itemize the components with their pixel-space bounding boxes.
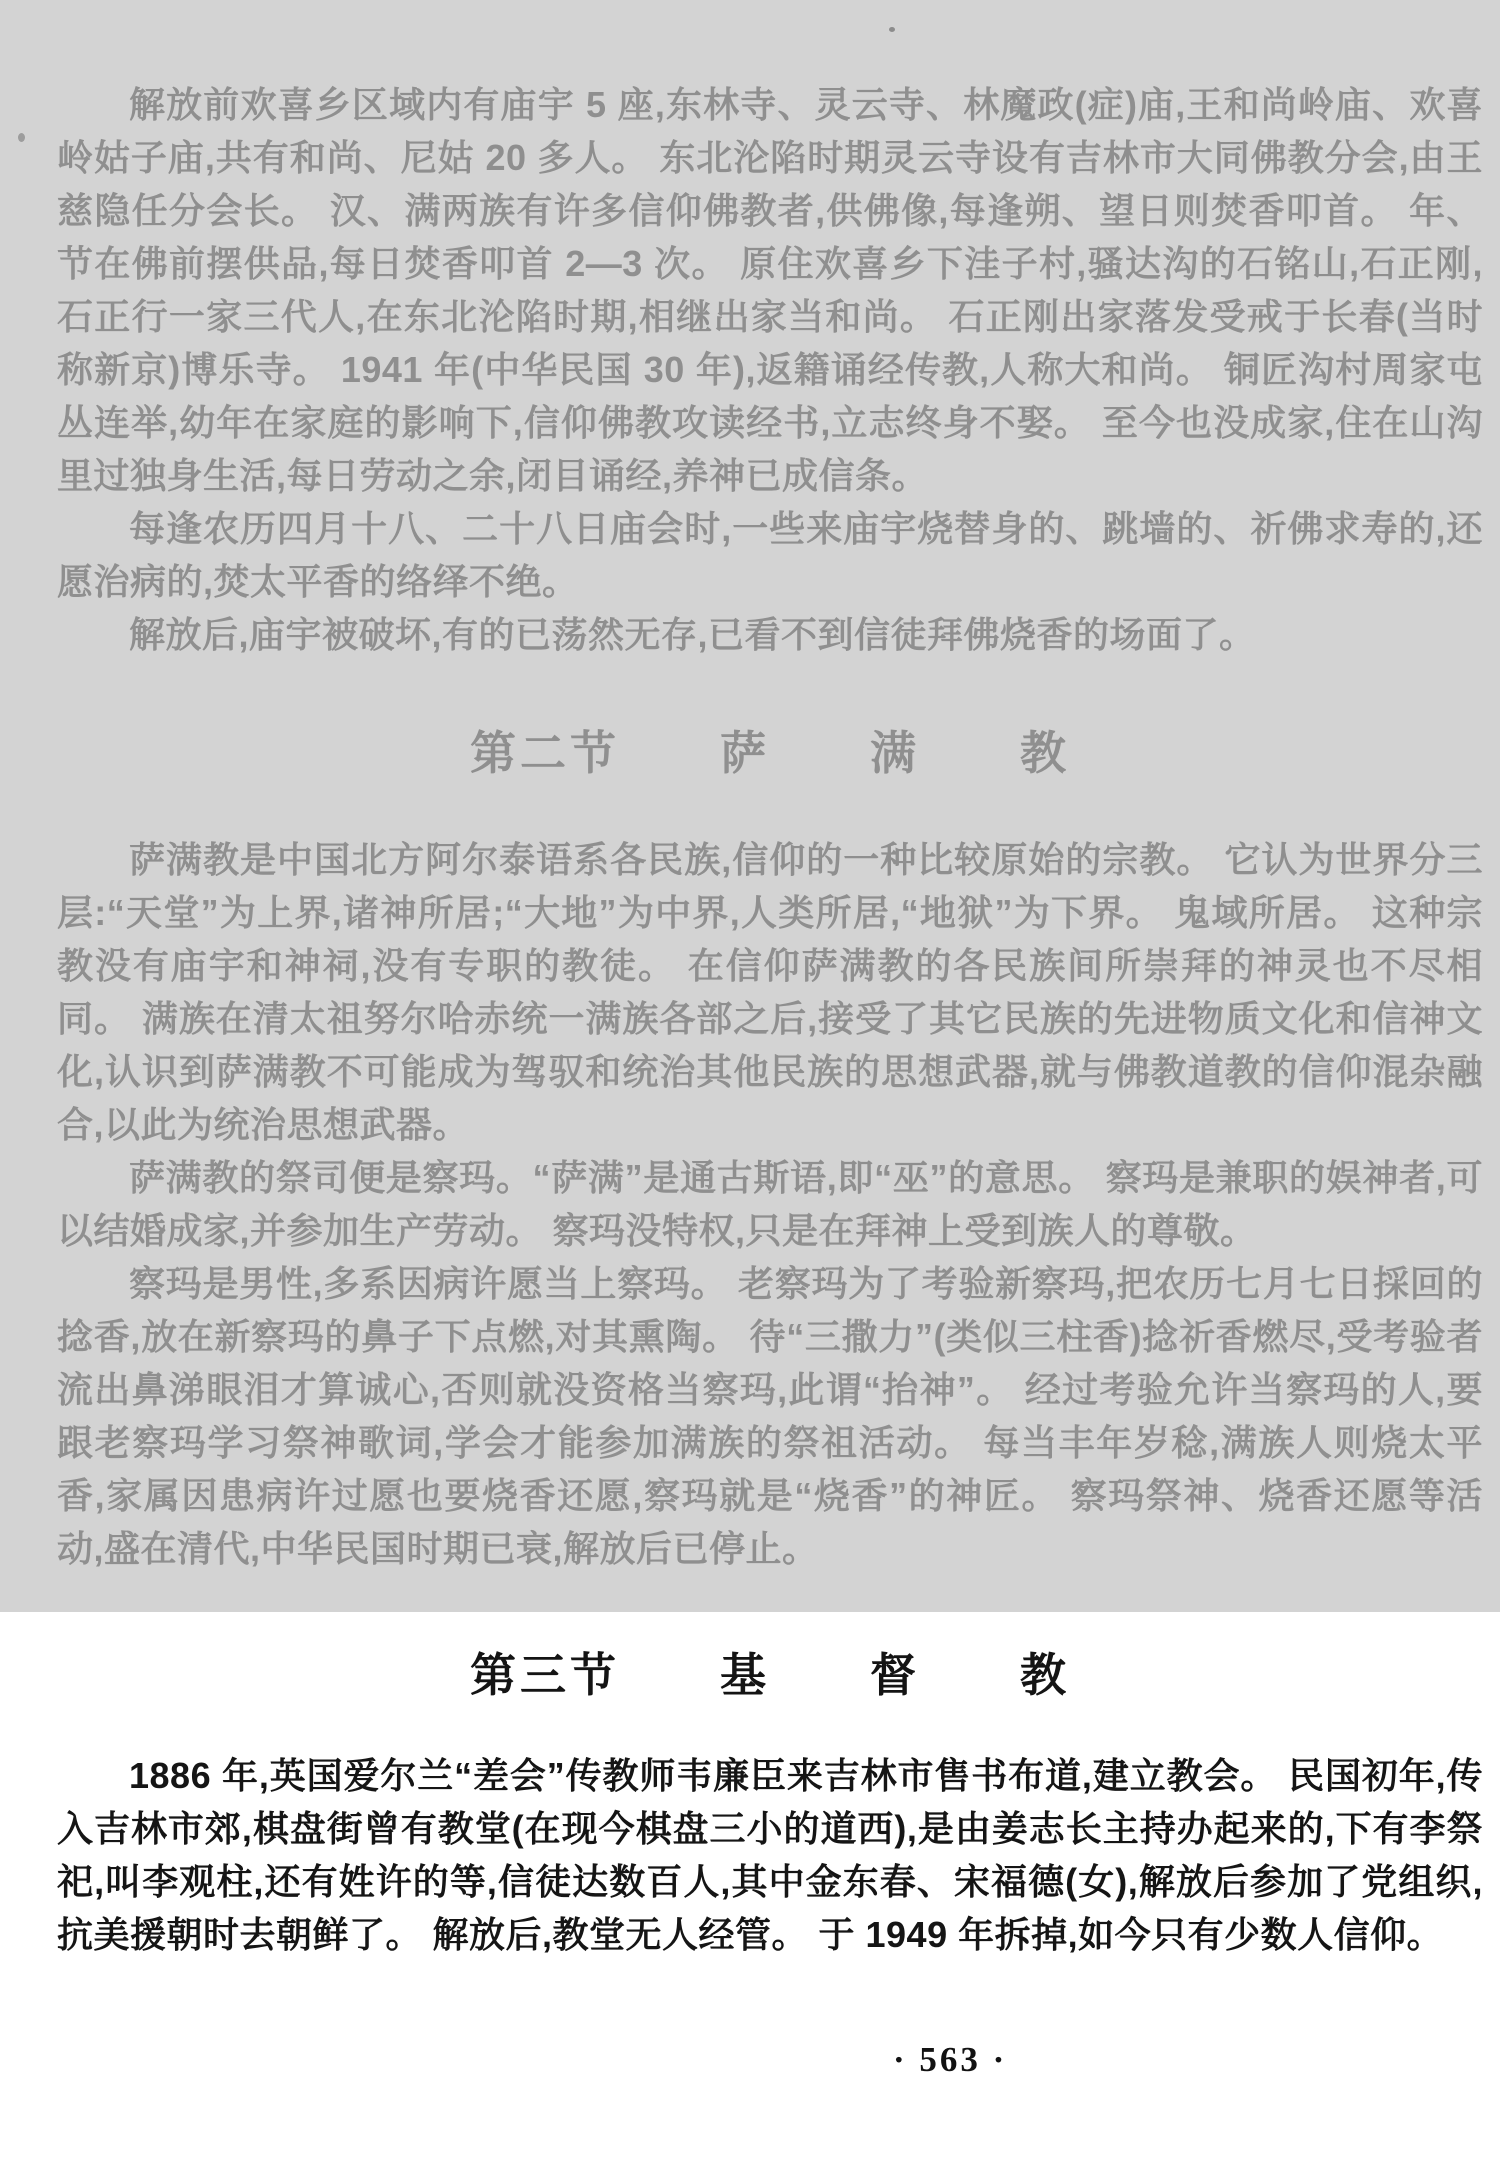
shamanism-paragraph-3: 察玛是男性,多系因病许愿当上察玛。 老察玛为了考验新察玛,把农历七月七日採回的捻…	[57, 1257, 1483, 1575]
christianity-paragraph-1: 1886 年,英国爱尔兰“差会”传教师韦廉臣来吉林市售书布道,建立教会。 民国初…	[57, 1749, 1483, 1961]
buddhism-paragraph-2: 每逢农历四月十八、二十八日庙会时,一些来庙宇烧替身的、跳墙的、祈佛求寿的,还愿治…	[57, 502, 1483, 608]
buddhism-paragraph-1: 解放前欢喜乡区域内有庙宇 5 座,东林寺、灵云寺、林魔政(症)庙,王和尚岭庙、欢…	[57, 0, 1483, 502]
section-heading-christianity: 第三节 基 督 教	[57, 1575, 1483, 1749]
shamanism-paragraph-2: 萨满教的祭司便是察玛。“萨满”是通古斯语,即“巫”的意思。 察玛是兼职的娱神者,…	[57, 1151, 1483, 1257]
scan-speck	[18, 133, 25, 142]
page-content: 解放前欢喜乡区域内有庙宇 5 座,东林寺、灵云寺、林魔政(症)庙,王和尚岭庙、欢…	[57, 0, 1483, 1961]
shamanism-paragraph-1: 萨满教是中国北方阿尔泰语系各民族,信仰的一种比较原始的宗教。 它认为世界分三层:…	[57, 833, 1483, 1151]
page-number: · 563 ·	[893, 2040, 1007, 2080]
section-heading-shamanism: 第二节 萨 满 教	[57, 661, 1483, 833]
buddhism-paragraph-3: 解放后,庙宇被破坏,有的已荡然无存,已看不到信徒拜佛烧香的场面了。	[57, 608, 1483, 661]
